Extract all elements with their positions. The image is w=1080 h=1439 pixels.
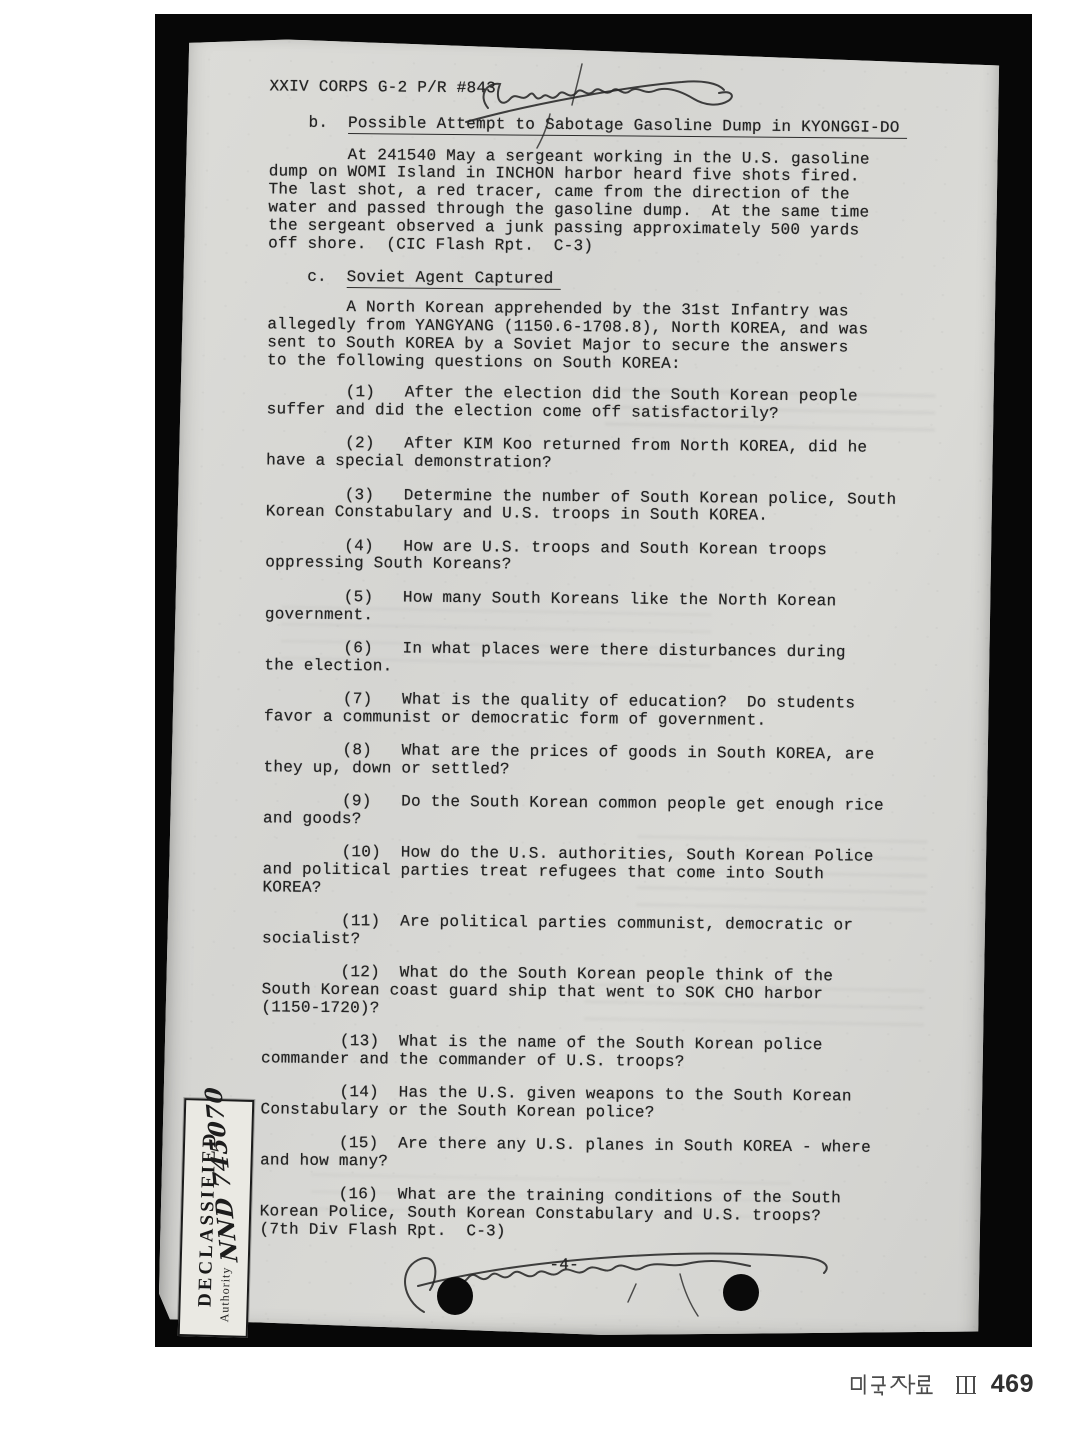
report-header: XXIV CORPS G-2 P/R #843	[269, 78, 933, 102]
question-2: (2) After KIM Koo returned from North KO…	[266, 435, 930, 476]
section-c-id: c.	[268, 268, 347, 287]
question-9: (9) Do the South Korean common people ge…	[263, 792, 927, 833]
page-number: -4-	[259, 1255, 869, 1278]
question-14: (14) Has the U.S. given weapons to the S…	[260, 1083, 924, 1124]
footer-series-korean	[849, 1373, 941, 1396]
question-7: (7) What is the quality of education? Do…	[264, 690, 928, 731]
section-c-title: Soviet Agent Captured	[347, 268, 561, 290]
punch-hole-right	[723, 1274, 759, 1311]
question-12: (12) What do the South Korean people thi…	[261, 964, 925, 1023]
question-15: (15) Are there any U.S. planes in South …	[260, 1135, 924, 1176]
declassified-stamp: DECLASSIFIED Authority NND 745070	[178, 1098, 255, 1338]
question-6: (6) In what places were there disturbanc…	[264, 639, 928, 680]
punch-hole-left	[437, 1277, 473, 1315]
document-content: XXIV CORPS G-2 P/R #843 b. Possible Atte…	[171, 38, 934, 1279]
authority-label: Authority	[217, 1266, 234, 1322]
document-paper: XXIV CORPS G-2 P/R #843 b. Possible Atte…	[158, 38, 1002, 1345]
question-4: (4) How are U.S. troops and South Korean…	[265, 537, 929, 578]
question-13: (13) What is the name of the South Korea…	[261, 1032, 925, 1073]
section-b-heading: b. Possible Attempt to Sabotage Gasoline…	[269, 114, 933, 138]
section-b-title: Possible Attempt to Sabotage Gasoline Du…	[348, 114, 907, 139]
question-8: (8) What are the prices of goods in Sout…	[263, 741, 927, 782]
declassified-stamp-text: DECLASSIFIED Authority NND 745070	[182, 1101, 251, 1337]
section-b-id: b.	[269, 113, 348, 132]
footer-volume-roman-numeral	[954, 1374, 978, 1396]
book-footer: 469	[849, 1372, 1034, 1397]
footer-page-number: 469	[991, 1372, 1034, 1397]
scanned-document-area: XXIV CORPS G-2 P/R #843 b. Possible Atte…	[155, 14, 1032, 1347]
question-10: (10) How do the U.S. authorities, South …	[262, 844, 926, 903]
section-c-heading: c. Soviet Agent Captured	[268, 269, 932, 293]
question-16: (16) What are the training conditions of…	[259, 1186, 923, 1245]
question-11: (11) Are political parties communist, de…	[262, 912, 926, 953]
book-page: XXIV CORPS G-2 P/R #843 b. Possible Atte…	[0, 0, 1080, 1439]
question-1: (1) After the election did the South Kor…	[267, 384, 931, 425]
section-b-paragraph: At 241540 May a sergeant working in the …	[268, 146, 933, 259]
question-3: (3) Determine the number of South Korean…	[266, 486, 930, 527]
section-c-intro: A North Korean apprehended by the 31st I…	[267, 299, 932, 376]
question-5: (5) How many South Koreans like the Nort…	[265, 588, 929, 629]
